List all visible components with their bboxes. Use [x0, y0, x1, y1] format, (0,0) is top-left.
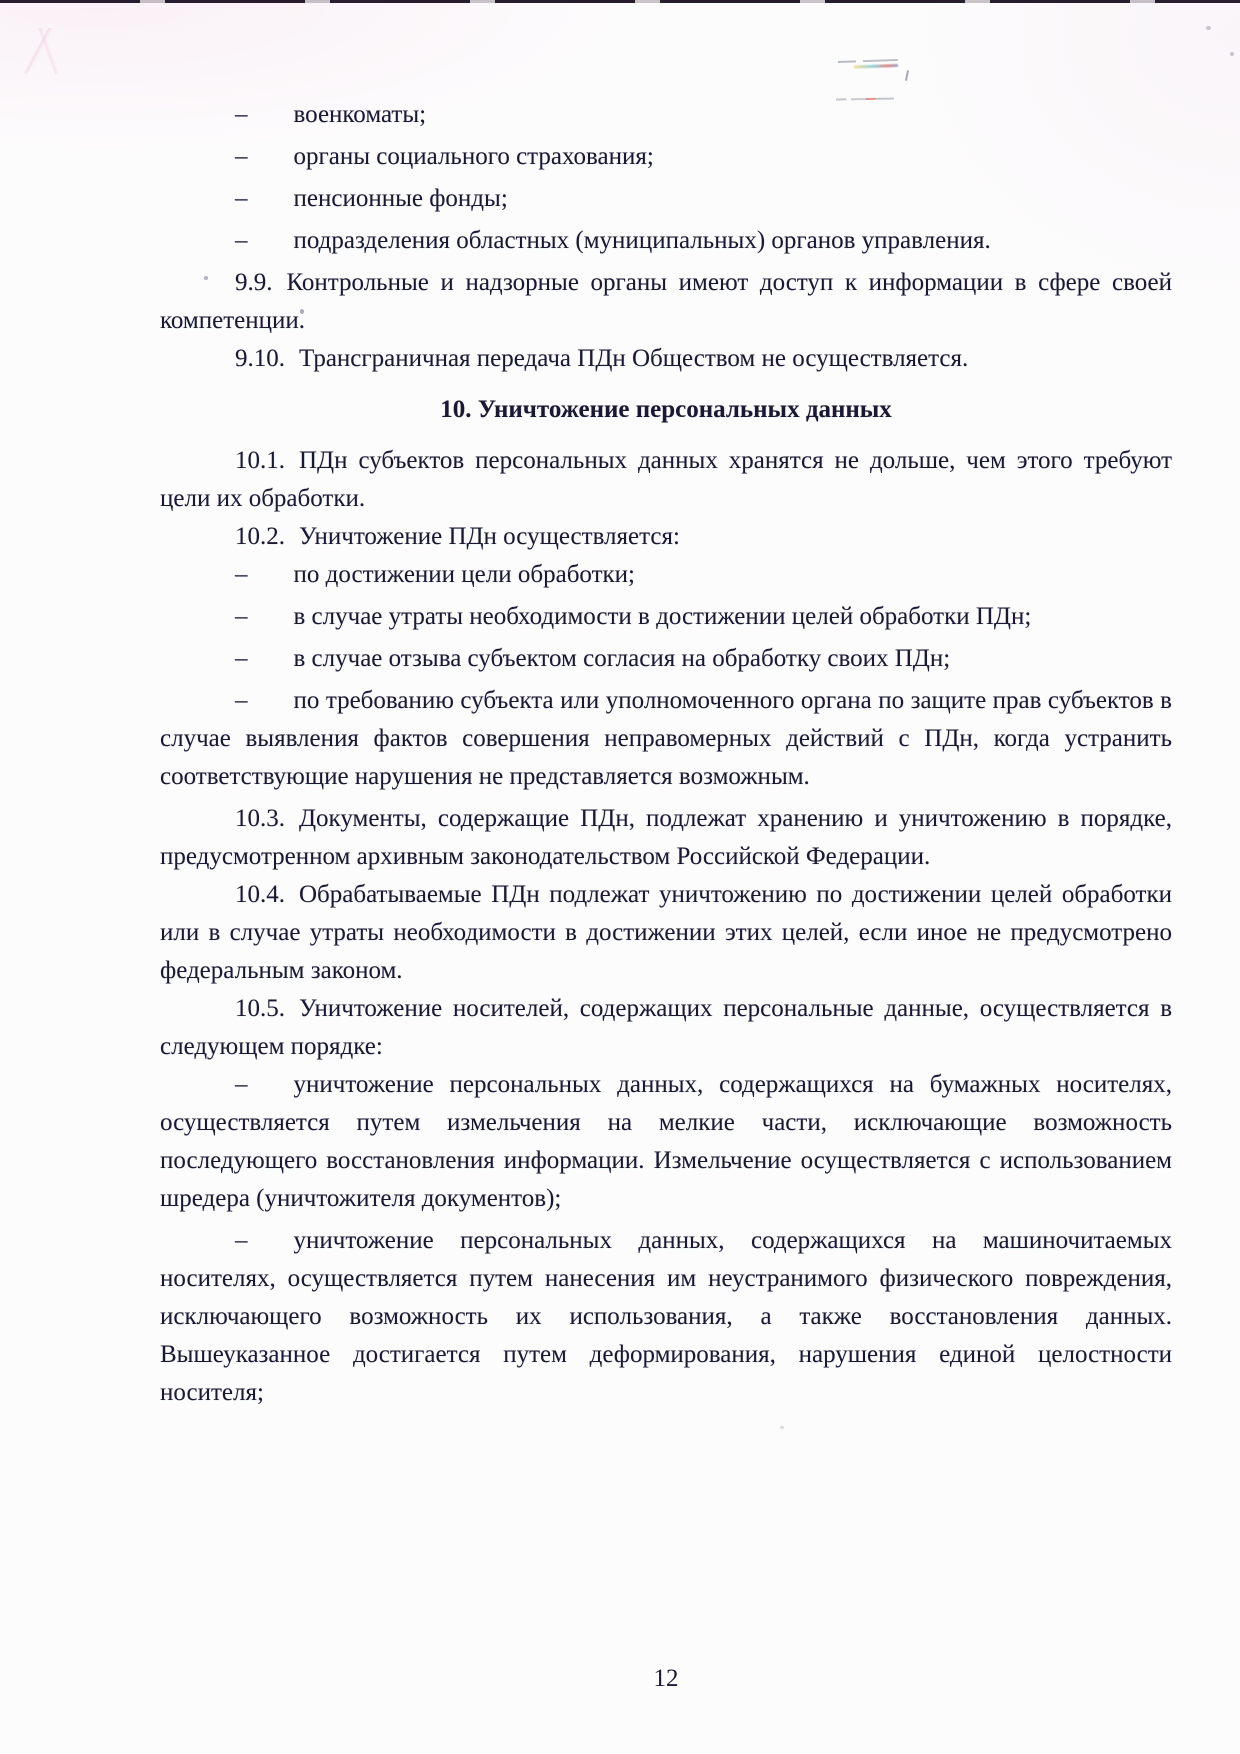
list-item-text: по достижении цели обработки; — [294, 561, 635, 588]
scan-smudge — [838, 59, 898, 71]
document-text: –военкоматы; –органы социального страхов… — [160, 96, 1172, 1416]
section-heading: 10. Уничтожение персональных данных — [160, 391, 1172, 429]
list-item: –уничтожение персональных данных, содерж… — [160, 1066, 1172, 1218]
list-dash: – — [235, 101, 248, 128]
list-item: –органы социального страхования; — [160, 138, 1172, 176]
list-dash: – — [235, 1227, 248, 1254]
list-item-text: в случае утраты необходимости в достижен… — [294, 603, 1032, 630]
list-dash: – — [235, 645, 248, 672]
paragraph-text: Трансграничная передача ПДн Обществом не… — [299, 345, 968, 372]
paragraph: 10.3.Документы, содержащие ПДн, подлежат… — [160, 800, 1172, 876]
paragraph: 10.1.ПДн субъектов персональных данных х… — [160, 442, 1172, 518]
list-item: –в случае отзыва субъектом согласия на о… — [160, 640, 1172, 678]
paragraph: 9.9.Контрольные и надзорные органы имеют… — [160, 264, 1172, 340]
paragraph-text: Уничтожение ПДн осуществляется: — [299, 523, 680, 550]
list-item-text: пенсионные фонды; — [294, 185, 508, 212]
scan-smudge-strokes — [838, 59, 898, 63]
paragraph-text: ПДн субъектов персональных данных хранят… — [160, 447, 1172, 512]
clause-number: 10.2. — [235, 523, 285, 550]
list-item-text: уничтожение персональных данных, содержа… — [160, 1227, 1172, 1406]
list-dash: – — [235, 185, 248, 212]
scan-scribble — [4, 28, 74, 74]
paragraph: 10.5.Уничтожение носителей, содержащих п… — [160, 990, 1172, 1066]
list-item: –уничтожение персональных данных, содерж… — [160, 1222, 1172, 1412]
list-item-text: военкоматы; — [294, 101, 427, 128]
scan-speck — [1230, 52, 1234, 56]
list-item-text: по требованию субъекта или уполномоченно… — [160, 687, 1172, 790]
list-dash: – — [235, 687, 248, 714]
clause-number: 9.9. — [235, 269, 273, 296]
paragraph-text: Уничтожение носителей, содержащих персон… — [160, 995, 1172, 1060]
paragraph-text: Обрабатываемые ПДн подлежат уничтожению … — [160, 881, 1172, 984]
list-item: –военкоматы; — [160, 96, 1172, 134]
list-dash: – — [235, 603, 248, 630]
document-page: –военкоматы; –органы социального страхов… — [0, 0, 1240, 1754]
scan-speck — [780, 1426, 784, 1429]
page-number: 12 — [160, 1660, 1172, 1698]
list-item: –пенсионные фонды; — [160, 180, 1172, 218]
list-item: –подразделения областных (муниципальных)… — [160, 222, 1172, 260]
list-dash: – — [235, 1071, 248, 1098]
clause-number: 10.1. — [235, 447, 285, 474]
list-item-text: органы социального страхования; — [294, 143, 654, 170]
scan-speck — [1206, 26, 1211, 30]
list-dash: – — [235, 143, 248, 170]
list-item-text: в случае отзыва субъектом согласия на об… — [294, 645, 951, 672]
clause-number: 10.5. — [235, 995, 285, 1022]
list-item: –по достижении цели обработки; — [160, 556, 1172, 594]
list-item-text: подразделения областных (муниципальных) … — [294, 227, 991, 254]
paragraph: 10.2.Уничтожение ПДн осуществляется: — [160, 518, 1172, 556]
clause-number: 10.4. — [235, 881, 285, 908]
list-item-text: уничтожение персональных данных, содержа… — [160, 1071, 1172, 1212]
clause-number: 10.3. — [235, 805, 285, 832]
list-item: –в случае утраты необходимости в достиже… — [160, 598, 1172, 636]
scan-edge-artifact — [0, 0, 1240, 3]
list-item: –по требованию субъекта или уполномоченн… — [160, 682, 1172, 796]
scan-smudge-color — [854, 64, 898, 69]
scan-mark — [905, 70, 909, 81]
paragraph: 9.10.Трансграничная передача ПДн Обществ… — [160, 340, 1172, 378]
list-dash: – — [235, 561, 248, 588]
list-dash: – — [235, 227, 248, 254]
paragraph-text: Контрольные и надзорные органы имеют дос… — [160, 269, 1172, 334]
paragraph-text: Документы, содержащие ПДн, подлежат хран… — [160, 805, 1172, 870]
paragraph: 10.4.Обрабатываемые ПДн подлежат уничтож… — [160, 876, 1172, 990]
clause-number: 9.10. — [235, 345, 285, 372]
